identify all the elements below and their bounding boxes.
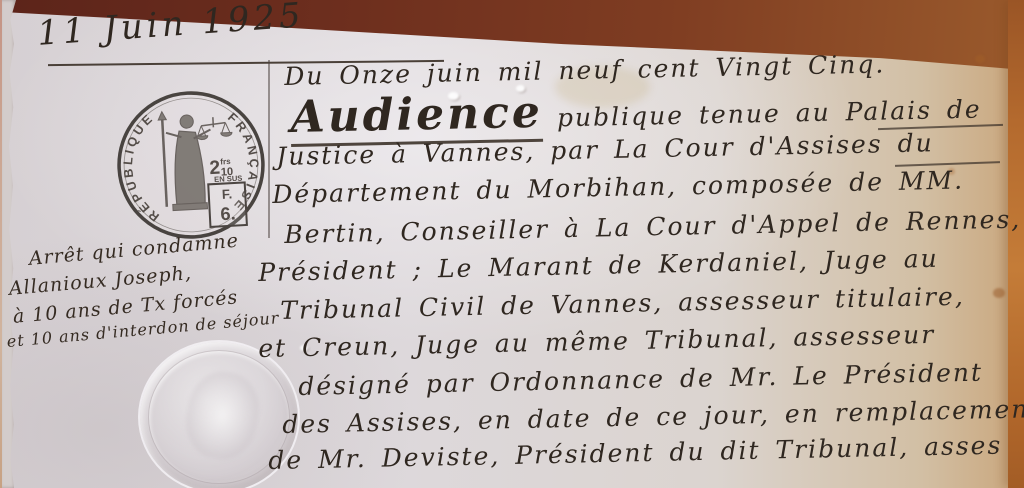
stamp-box-bottom: 6. <box>220 202 236 224</box>
fiscal-stamp: RÉPUBLIQUE FRANÇAISE <box>110 84 272 246</box>
stain <box>993 288 1005 298</box>
fiscal-stamp-graphic: RÉPUBLIQUE FRANÇAISE <box>110 84 272 246</box>
stamp-value-sup: frs <box>220 157 231 167</box>
stamp-box-top: F. <box>222 186 233 202</box>
manuscript-page-photo: 11 Juin 1925 RÉPUBLIQUE FRANÇAISE <box>0 0 1024 488</box>
stamp-denomination-box: F. 6. <box>208 182 247 226</box>
stain <box>975 55 985 63</box>
